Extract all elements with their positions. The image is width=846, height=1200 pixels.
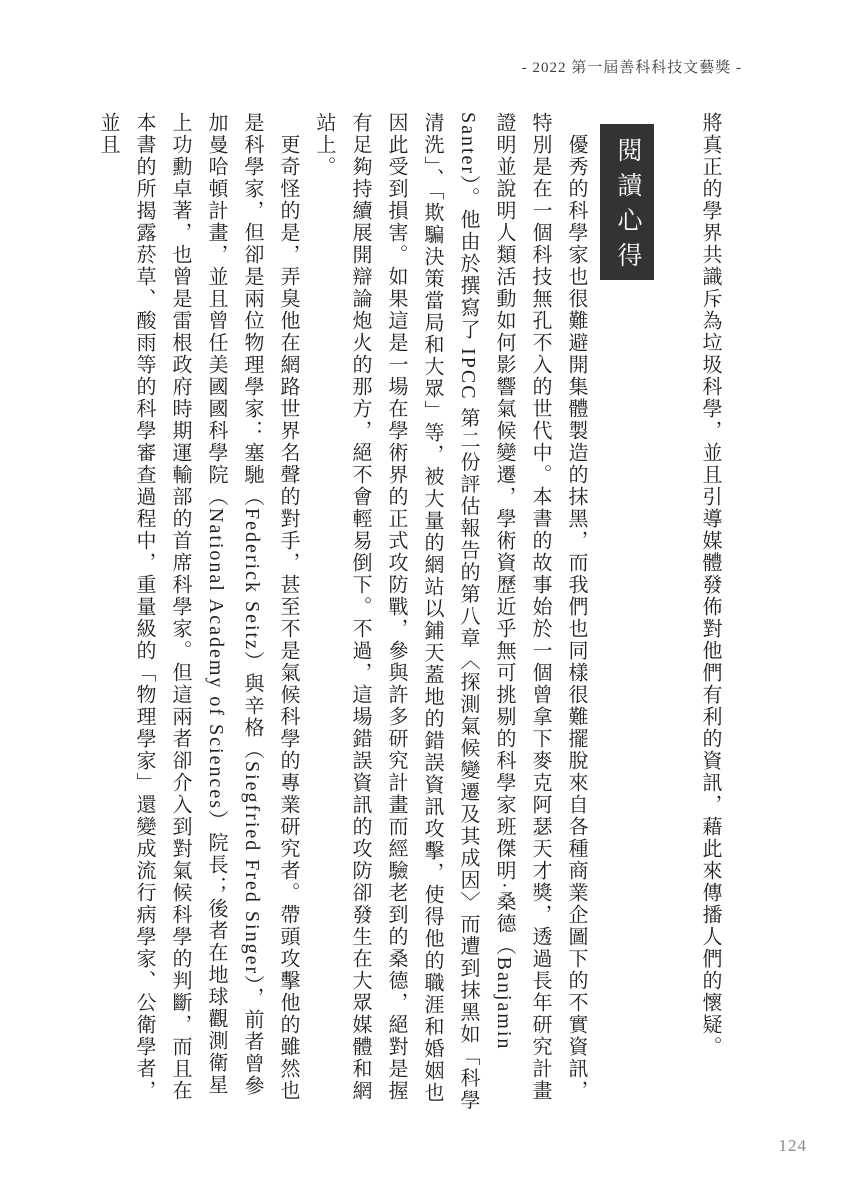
intro-paragraph: 將真正的學界共識斥為垃圾科學，並且引導媒體發佈對他們有利的資訊，藉此來傳播人們的… [692,112,728,1116]
book-page: - 2022 第一屆善科科技文藝獎 - 將真正的學界共識斥為垃圾科學，並且引導媒… [0,0,846,1200]
running-header: - 2022 第一屆善科科技文藝獎 - [522,56,742,77]
page-number: 124 [779,1136,808,1156]
section-title-badge: 閱讀心得 [600,124,654,280]
body-paragraph-1: 優秀的科學家也很難避開集體製造的抹黑，而我們也同樣很難擺脫來自各種商業企圖下的不… [306,112,594,1116]
page-content: 將真正的學界共識斥為垃圾科學，並且引導媒體發佈對他們有利的資訊，藉此來傳播人們的… [90,112,728,1116]
body-paragraph-2: 更奇怪的是，弄臭他在網路世界名聲的對手，甚至不是氣候科學的專業研究者。帶頭攻擊他… [90,112,306,1116]
section-header: 閱讀心得 [600,112,654,1116]
